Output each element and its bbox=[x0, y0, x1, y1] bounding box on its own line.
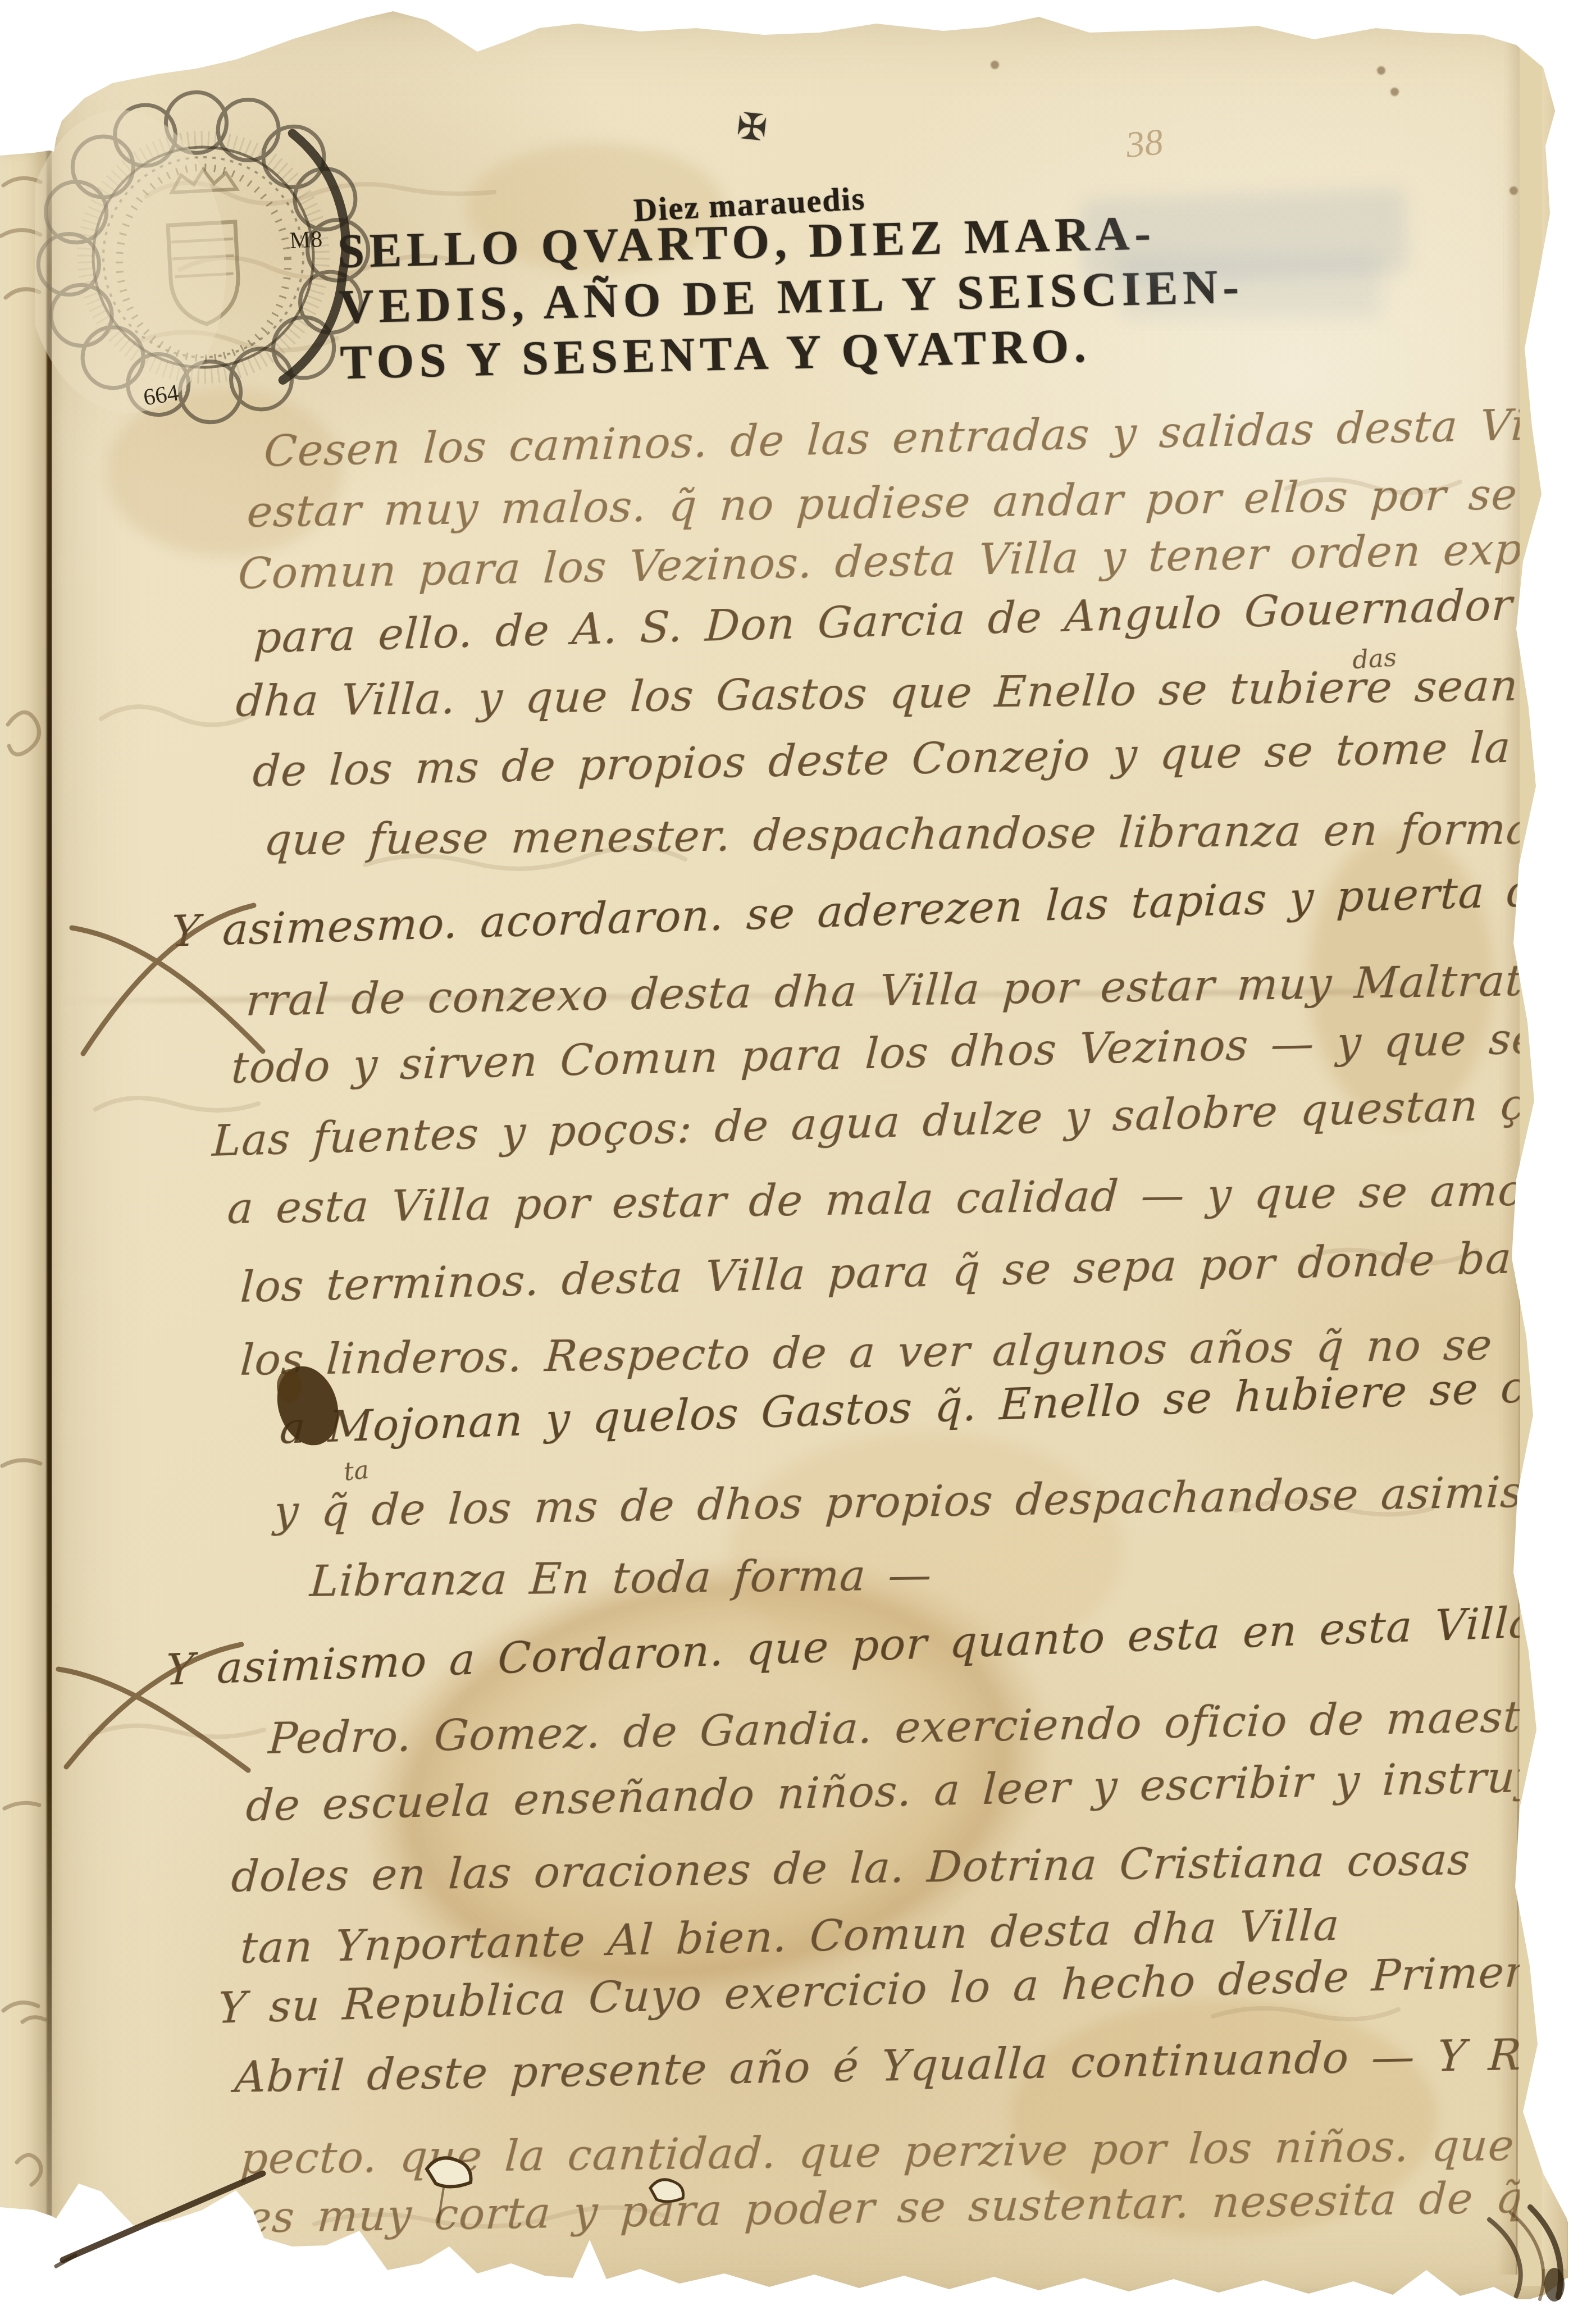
tax-seal-stamp: M8 664 bbox=[35, 72, 372, 437]
verso-print-bleedthrough bbox=[1118, 256, 1381, 317]
cross-icon: ✠ bbox=[735, 105, 769, 149]
facing-page-sliver bbox=[0, 145, 52, 2229]
manuscript-line: Libranza En toda forma — bbox=[308, 1550, 933, 1607]
seal-mark-bottom: 664 bbox=[142, 380, 180, 411]
fox-spot bbox=[991, 61, 999, 69]
fox-spot bbox=[1377, 66, 1385, 75]
page-stack-edge bbox=[1542, 45, 1567, 2269]
folio-number: 38 bbox=[1124, 121, 1165, 167]
fox-spot bbox=[1390, 88, 1399, 96]
superscript-ta: ta bbox=[342, 1455, 370, 1487]
superscript-das: das bbox=[1351, 642, 1397, 675]
manuscript-scan: M8 664 ✠ Diez marauedis SELLO QVARTO, DI… bbox=[0, 0, 1587, 2324]
seal-mark-right: M8 bbox=[289, 226, 323, 254]
page-stack-edge bbox=[1520, 22, 1544, 2286]
